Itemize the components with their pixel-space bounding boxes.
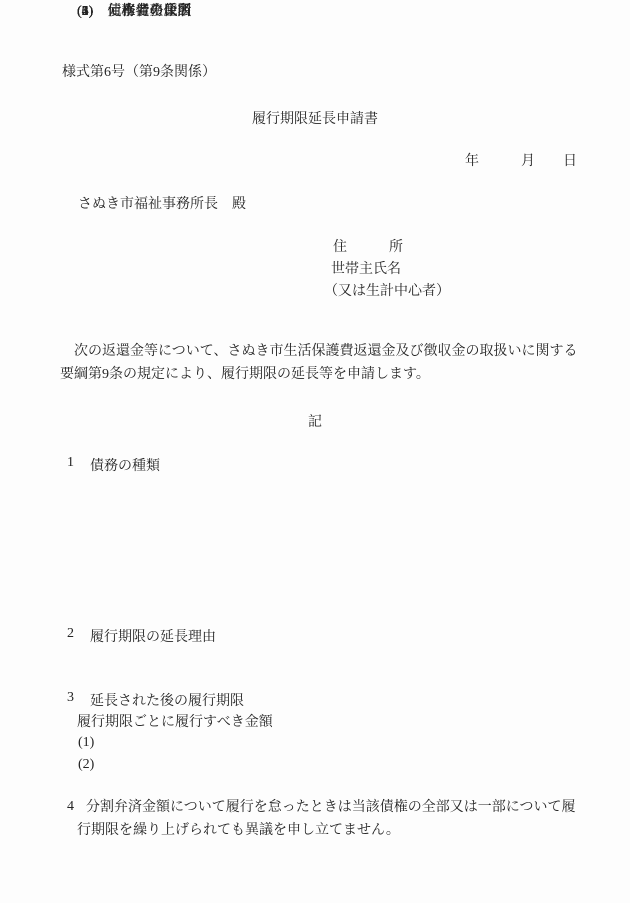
- applicant-householder-label: 世帯主氏名: [331, 258, 401, 278]
- applicant-householder-note: （又は生計中心者）: [324, 280, 450, 300]
- section1-number: 1: [67, 455, 74, 471]
- form-number: 様式第6号（第9条関係）: [62, 61, 216, 81]
- section1-heading: 債務の種類: [90, 455, 160, 475]
- section1-item-6: (6) 債務発生原因: [77, 0, 191, 20]
- section3-item-1: (1): [78, 735, 94, 751]
- section4-number: 4: [67, 799, 74, 815]
- record-marker: 記: [0, 411, 630, 431]
- date-line: 年 月 日: [465, 150, 577, 170]
- body-paragraph: 次の返還金等について、さぬき市生活保護費返還金及び徴収金の取扱いに関する要綱第9…: [60, 340, 582, 386]
- section2-heading: 履行期限の延長理由: [90, 626, 216, 646]
- section3-heading: 延長された後の履行期限: [90, 690, 244, 710]
- addressee-line: さぬき市福祉事務所長 殿: [78, 193, 246, 213]
- applicant-address-label: 住 所: [333, 236, 403, 256]
- document-title: 履行期限延長申請書: [0, 108, 630, 128]
- section2-number: 2: [67, 626, 74, 642]
- section3-subheading: 履行期限ごとに履行すべき金額: [77, 711, 273, 731]
- section4-paragraph: 分割弁済金額について履行を怠ったときは当該債権の全部又は一部について履行期限を繰…: [77, 796, 583, 842]
- section3-number: 3: [67, 690, 74, 706]
- section3-item-2: (2): [78, 757, 94, 773]
- application-form-page: 様式第6号（第9条関係） 履行期限延長申請書 年 月 日 さぬき市福祉事務所長 …: [0, 0, 630, 903]
